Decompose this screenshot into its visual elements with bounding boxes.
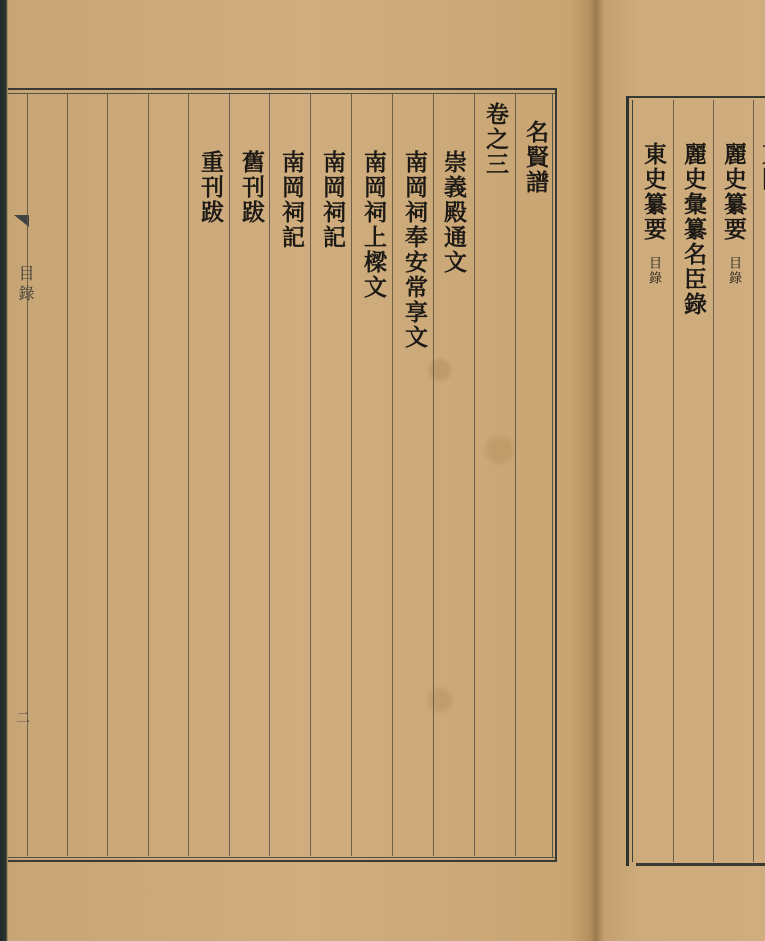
column-rule [310,94,311,856]
book-title: 東史纂要目錄 [636,142,670,286]
column-rule [27,94,28,856]
frame-left-inner [632,100,633,862]
column-rule [515,94,516,856]
frame-bottom [636,863,765,866]
frame-top [626,96,765,98]
frame-right [555,88,557,862]
running-title: 麗史纂要目錄 [716,142,750,286]
column-rule [67,94,68,856]
frame-left [626,96,629,866]
column-rule [713,100,714,862]
book-title-text: 東史纂要 [640,142,667,242]
column-rule [474,94,475,856]
column-rule [392,94,393,856]
toc-entry: 名賢譜 [518,120,552,195]
running-title: 東國 [754,142,765,192]
frame-right-inner [552,94,553,858]
toc-entry: 重刊跋 [193,150,227,225]
frame-bottom [8,860,557,862]
running-title-text: 麗史纂要 [720,142,747,242]
toc-entry: 南岡祠記 [315,150,349,250]
column-rule [188,94,189,856]
column-rule [433,94,434,856]
column-rule [673,100,674,862]
frame-top [8,88,557,90]
toc-entry: 南岡祠上樑文 [356,150,390,300]
book-title: 麗史彙纂名臣錄 [676,142,710,317]
column-rule [148,94,149,856]
left-page: 名賢譜 卷之三 崇義殿通文 南岡祠奉安常享文 南岡祠上樑文 南岡祠記 南岡祠記 … [8,88,557,862]
toc-entry: 舊刊跋 [234,150,268,225]
column-rule [753,100,754,862]
toc-entry: 崇義殿通文 [436,150,470,275]
toc-entry: 南岡祠記 [274,150,308,250]
toc-entry: 南岡祠奉安常享文 [397,150,431,350]
column-rule [269,94,270,856]
running-title-suffix: 目錄 [716,256,750,286]
frame-bottom-inner [8,857,557,858]
toc-volume-heading: 卷之三 [478,102,512,177]
right-page: 東國 麗史纂要目錄 麗史彙纂名臣錄 東史纂要目錄 [626,96,765,866]
book-title-suffix: 目錄 [636,256,670,286]
column-rule [229,94,230,856]
column-rule [107,94,108,856]
column-rule [351,94,352,856]
